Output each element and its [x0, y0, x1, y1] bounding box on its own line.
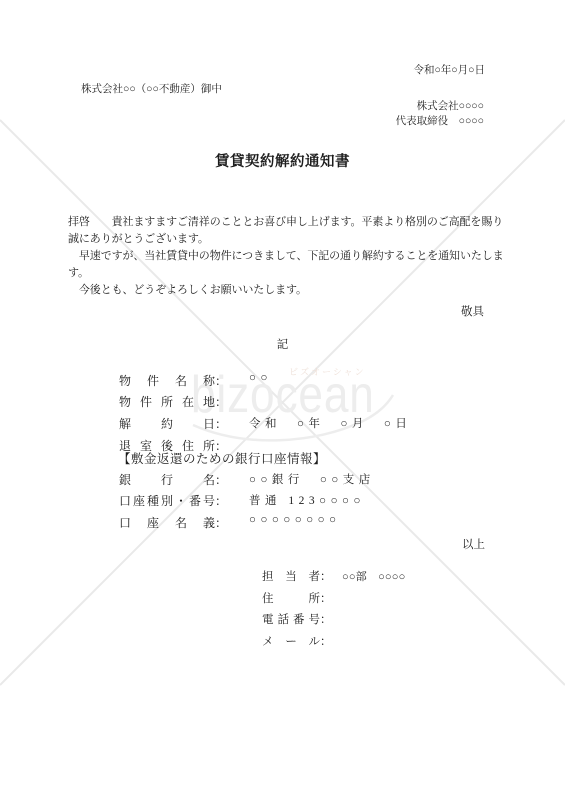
body-line: 拝啓 貴社ますますご清祥のこととお喜び申し上げます。平素より格別のご高配を賜り	[68, 214, 498, 231]
letter-content: 令和○年○月○日 株式会社○○（○○不動産）御中 株式会社○○○○ 代表取締役 …	[0, 0, 565, 800]
contact-row-person-in-charge: 担当者： ○○部 ○○○○	[262, 568, 522, 584]
record-label: 物件所在地	[119, 393, 215, 410]
bank-label: 口座名義	[119, 514, 215, 531]
record-marker: 記	[0, 336, 565, 352]
bank-value: ○○銀行 ○○支店	[249, 471, 375, 487]
record-label: 物件名称	[119, 372, 215, 389]
record-colon: ：	[215, 372, 227, 389]
sender-company: 株式会社○○○○	[417, 98, 484, 113]
body-line: 誠にありがとうございます。	[68, 231, 498, 248]
contact-colon: ：	[320, 590, 332, 606]
body-paragraph: 拝啓 貴社ますますご清祥のこととお喜び申し上げます。平素より格別のご高配を賜り …	[68, 214, 498, 299]
closing-keigu: 敬具	[461, 303, 484, 319]
contact-colon: ：	[320, 611, 332, 627]
recipient-line: 株式会社○○（○○不動産）御中	[81, 81, 222, 96]
record-row-property-name: 物件名称： ○○	[119, 372, 549, 389]
body-line: 早速ですが、当社賃貸中の物件につきまして、下記の通り解約することを通知いたしま	[68, 248, 498, 265]
date-line: 令和○年○月○日	[413, 62, 485, 77]
record-colon: ：	[215, 415, 227, 432]
bank-value: 普通 123○○○○	[249, 492, 365, 508]
bank-colon: ：	[215, 471, 227, 488]
bank-colon: ：	[215, 514, 227, 531]
record-row-cancellation-date: 解約日： 令和 ○年 ○月 ○日	[119, 415, 549, 432]
bank-value: ○○○○○○○○	[249, 514, 341, 526]
contact-row-phone: 電話番号：	[262, 611, 522, 627]
contact-colon: ：	[320, 633, 332, 649]
record-label: 解約日	[119, 415, 215, 432]
contact-label: 住所	[262, 590, 320, 606]
bank-row-bank-name: 銀行名： ○○銀行 ○○支店	[119, 471, 549, 488]
bank-section-heading: 【敷金返還のための銀行口座情報】	[118, 449, 326, 467]
contact-label: 担当者	[262, 568, 320, 584]
body-line: 今後とも、どうぞよろしくお願いいたします。	[68, 282, 498, 299]
contact-label: メール	[262, 633, 320, 649]
record-row-property-address: 物件所在地：	[119, 393, 549, 410]
sender-representative: 代表取締役 ○○○○	[396, 113, 484, 128]
contact-row-email: メール：	[262, 633, 522, 649]
contact-row-address: 住所：	[262, 590, 522, 606]
document-title: 賃貸契約解約通知書	[0, 150, 565, 171]
bank-label: 口座種別・番号	[119, 492, 215, 509]
document-page: ビズオーシャン bizocean 令和○年○月○日 株式会社○○（○○不動産）御…	[0, 0, 565, 800]
body-line: す。	[68, 265, 498, 282]
contact-label: 電話番号	[262, 611, 320, 627]
record-value: 令和 ○年 ○月 ○日	[249, 415, 411, 431]
record-value: ○○	[249, 372, 272, 384]
bank-label: 銀行名	[119, 471, 215, 488]
contact-value: ○○部 ○○○○	[342, 568, 405, 584]
bank-row-account-holder: 口座名義： ○○○○○○○○	[119, 514, 549, 531]
bank-colon: ：	[215, 492, 227, 509]
bank-row-account-type-number: 口座種別・番号： 普通 123○○○○	[119, 492, 549, 509]
record-colon: ：	[215, 393, 227, 410]
end-marker: 以上	[462, 536, 485, 552]
contact-colon: ：	[320, 568, 332, 584]
